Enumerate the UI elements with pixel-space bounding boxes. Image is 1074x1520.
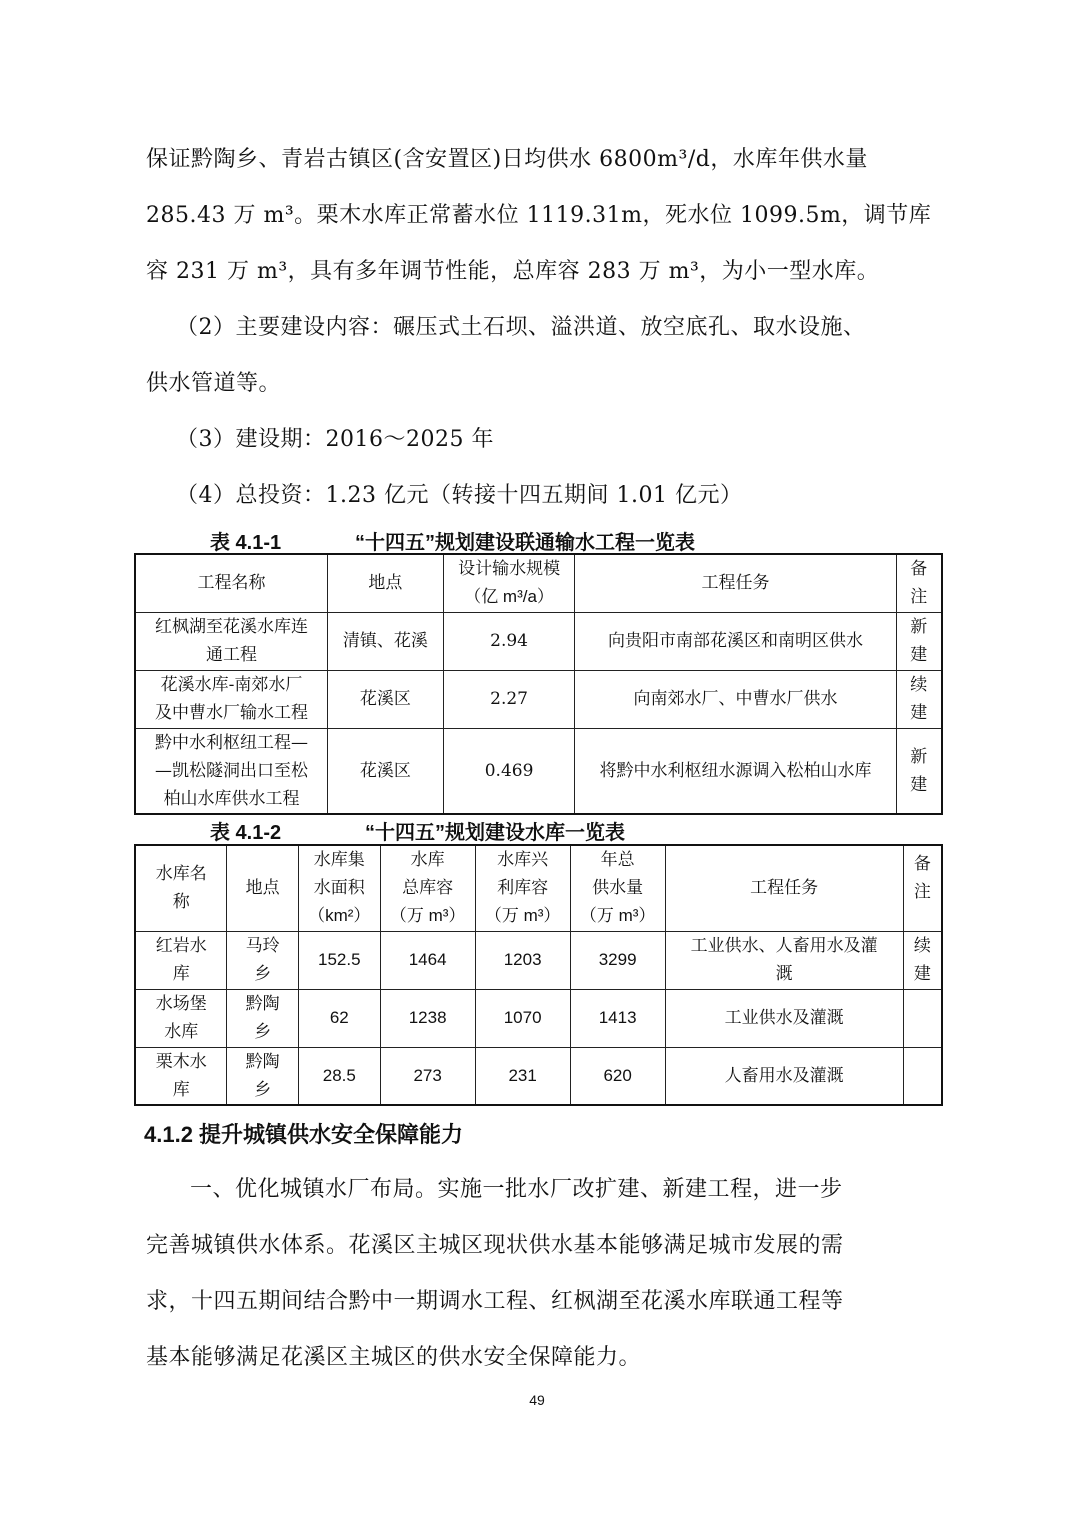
cell-location: 清镇、花溪 bbox=[327, 612, 443, 670]
table-row: 红岩水库 马玲乡 152.5 1464 1203 3299 工业供水、人畜用水及… bbox=[135, 931, 942, 989]
body-text-line: 285.43 万 m³。栗木水库正常蓄水位 1119.31m，死水位 1099.… bbox=[146, 188, 946, 244]
body-text-line: （4）总投资：1.23 亿元（转接十四五期间 1.01 亿元） bbox=[176, 468, 976, 524]
cell-catchment-area: 28.5 bbox=[298, 1047, 380, 1105]
body-text-line: （2）主要建设内容：碾压式土石坝、溢洪道、放空底孔、取水设施、 bbox=[176, 300, 976, 356]
cell-total-capacity: 1238 bbox=[380, 989, 475, 1047]
cell-project-name: 红枫湖至花溪水库连通工程 bbox=[135, 612, 327, 670]
cell-task: 向贵阳市南部花溪区和南明区供水 bbox=[575, 612, 896, 670]
header-cell: 水库总库容（万 m³） bbox=[380, 845, 475, 931]
cell-reservoir-name: 水场堡水库 bbox=[135, 989, 227, 1047]
table1-caption-number: 表 4.1-1 bbox=[210, 526, 281, 555]
table-row: 水场堡水库 黔陶乡 62 1238 1070 1413 工业供水及灌溉 bbox=[135, 989, 942, 1047]
table2-caption-title: “十四五”规划建设水库一览表 bbox=[365, 816, 625, 845]
cell-task: 工业供水及灌溉 bbox=[665, 989, 903, 1047]
header-cell: 水库名称 bbox=[135, 845, 227, 931]
cell-reservoir-name: 栗木水库 bbox=[135, 1047, 227, 1105]
body-text-line: 求，十四五期间结合黔中一期调水工程、红枫湖至花溪水库联通工程等 bbox=[146, 1274, 946, 1330]
body-text-line: 完善城镇供水体系。花溪区主城区现状供水基本能够满足城市发展的需 bbox=[146, 1218, 946, 1274]
section-heading: 4.1.2 提升城镇供水安全保障能力 bbox=[144, 1118, 463, 1149]
table-header-row: 工程名称 地点 设计输水规模（亿 m³/a） 工程任务 备注 bbox=[135, 554, 942, 612]
cell-note: 续建 bbox=[896, 670, 942, 728]
header-cell: 地点 bbox=[227, 845, 299, 931]
cell-project-name: 花溪水库-南郊水厂及中曹水厂输水工程 bbox=[135, 670, 327, 728]
cell-task: 工业供水、人畜用水及灌溉 bbox=[665, 931, 903, 989]
cell-annual-supply: 1413 bbox=[570, 989, 665, 1047]
body-text-line: 容 231 万 m³，具有多年调节性能，总库容 283 万 m³，为小一型水库。 bbox=[146, 244, 946, 300]
cell-reservoir-name: 红岩水库 bbox=[135, 931, 227, 989]
table-header-row: 水库名称 地点 水库集水面积（km²） 水库总库容（万 m³） 水库兴利库容（万… bbox=[135, 845, 942, 931]
header-cell: 备注 bbox=[896, 554, 942, 612]
body-text-line: 供水管道等。 bbox=[146, 356, 946, 412]
cell-scale: 2.94 bbox=[443, 612, 575, 670]
cell-annual-supply: 620 bbox=[570, 1047, 665, 1105]
cell-annual-supply: 3299 bbox=[570, 931, 665, 989]
cell-useful-capacity: 1203 bbox=[475, 931, 570, 989]
cell-task: 向南郊水厂、中曹水厂供水 bbox=[575, 670, 896, 728]
body-text-line: 基本能够满足花溪区主城区的供水安全保障能力。 bbox=[146, 1330, 946, 1386]
cell-project-name: 黔中水利枢纽工程——凯松隧洞出口至松柏山水库供水工程 bbox=[135, 728, 327, 814]
table1-caption-title: “十四五”规划建设联通输水工程一览表 bbox=[355, 526, 695, 555]
cell-task: 将黔中水利枢纽水源调入松柏山水库 bbox=[575, 728, 896, 814]
cell-total-capacity: 273 bbox=[380, 1047, 475, 1105]
table-row: 红枫湖至花溪水库连通工程 清镇、花溪 2.94 向贵阳市南部花溪区和南明区供水 … bbox=[135, 612, 942, 670]
cell-scale: 2.27 bbox=[443, 670, 575, 728]
cell-location: 黔陶乡 bbox=[227, 989, 299, 1047]
header-cell: 水库集水面积（km²） bbox=[298, 845, 380, 931]
cell-total-capacity: 1464 bbox=[380, 931, 475, 989]
cell-note bbox=[903, 1047, 942, 1105]
header-cell: 备注 bbox=[903, 845, 942, 931]
cell-catchment-area: 62 bbox=[298, 989, 380, 1047]
header-cell: 工程名称 bbox=[135, 554, 327, 612]
header-cell: 水库兴利库容（万 m³） bbox=[475, 845, 570, 931]
cell-useful-capacity: 1070 bbox=[475, 989, 570, 1047]
cell-location: 黔陶乡 bbox=[227, 1047, 299, 1105]
table2-caption-number: 表 4.1-2 bbox=[210, 816, 281, 845]
page-number: 49 bbox=[0, 1392, 1074, 1408]
header-cell: 年总供水量（万 m³） bbox=[570, 845, 665, 931]
cell-scale: 0.469 bbox=[443, 728, 575, 814]
cell-location: 花溪区 bbox=[327, 670, 443, 728]
cell-location: 马玲乡 bbox=[227, 931, 299, 989]
document-page: 保证黔陶乡、青岩古镇区(含安置区)日均供水 6800m³/d，水库年供水量 28… bbox=[0, 0, 1074, 1520]
cell-useful-capacity: 231 bbox=[475, 1047, 570, 1105]
table-row: 花溪水库-南郊水厂及中曹水厂输水工程 花溪区 2.27 向南郊水厂、中曹水厂供水… bbox=[135, 670, 942, 728]
body-text-line: 保证黔陶乡、青岩古镇区(含安置区)日均供水 6800m³/d，水库年供水量 bbox=[146, 132, 946, 188]
header-cell: 设计输水规模（亿 m³/a） bbox=[443, 554, 575, 612]
cell-note: 新建 bbox=[896, 728, 942, 814]
body-text-line: 一、优化城镇水厂布局。实施一批水厂改扩建、新建工程，进一步 bbox=[190, 1162, 990, 1218]
header-cell: 工程任务 bbox=[575, 554, 896, 612]
header-cell: 工程任务 bbox=[665, 845, 903, 931]
table-reservoirs: 水库名称 地点 水库集水面积（km²） 水库总库容（万 m³） 水库兴利库容（万… bbox=[134, 844, 943, 1106]
cell-note: 续建 bbox=[903, 931, 942, 989]
cell-task: 人畜用水及灌溉 bbox=[665, 1047, 903, 1105]
cell-location: 花溪区 bbox=[327, 728, 443, 814]
cell-note bbox=[903, 989, 942, 1047]
table-row: 栗木水库 黔陶乡 28.5 273 231 620 人畜用水及灌溉 bbox=[135, 1047, 942, 1105]
cell-note: 新建 bbox=[896, 612, 942, 670]
header-cell: 地点 bbox=[327, 554, 443, 612]
body-text-line: （3）建设期：2016～2025 年 bbox=[176, 412, 976, 468]
table-row: 黔中水利枢纽工程——凯松隧洞出口至松柏山水库供水工程 花溪区 0.469 将黔中… bbox=[135, 728, 942, 814]
cell-catchment-area: 152.5 bbox=[298, 931, 380, 989]
table-connected-water-projects: 工程名称 地点 设计输水规模（亿 m³/a） 工程任务 备注 红枫湖至花溪水库连… bbox=[134, 553, 943, 815]
